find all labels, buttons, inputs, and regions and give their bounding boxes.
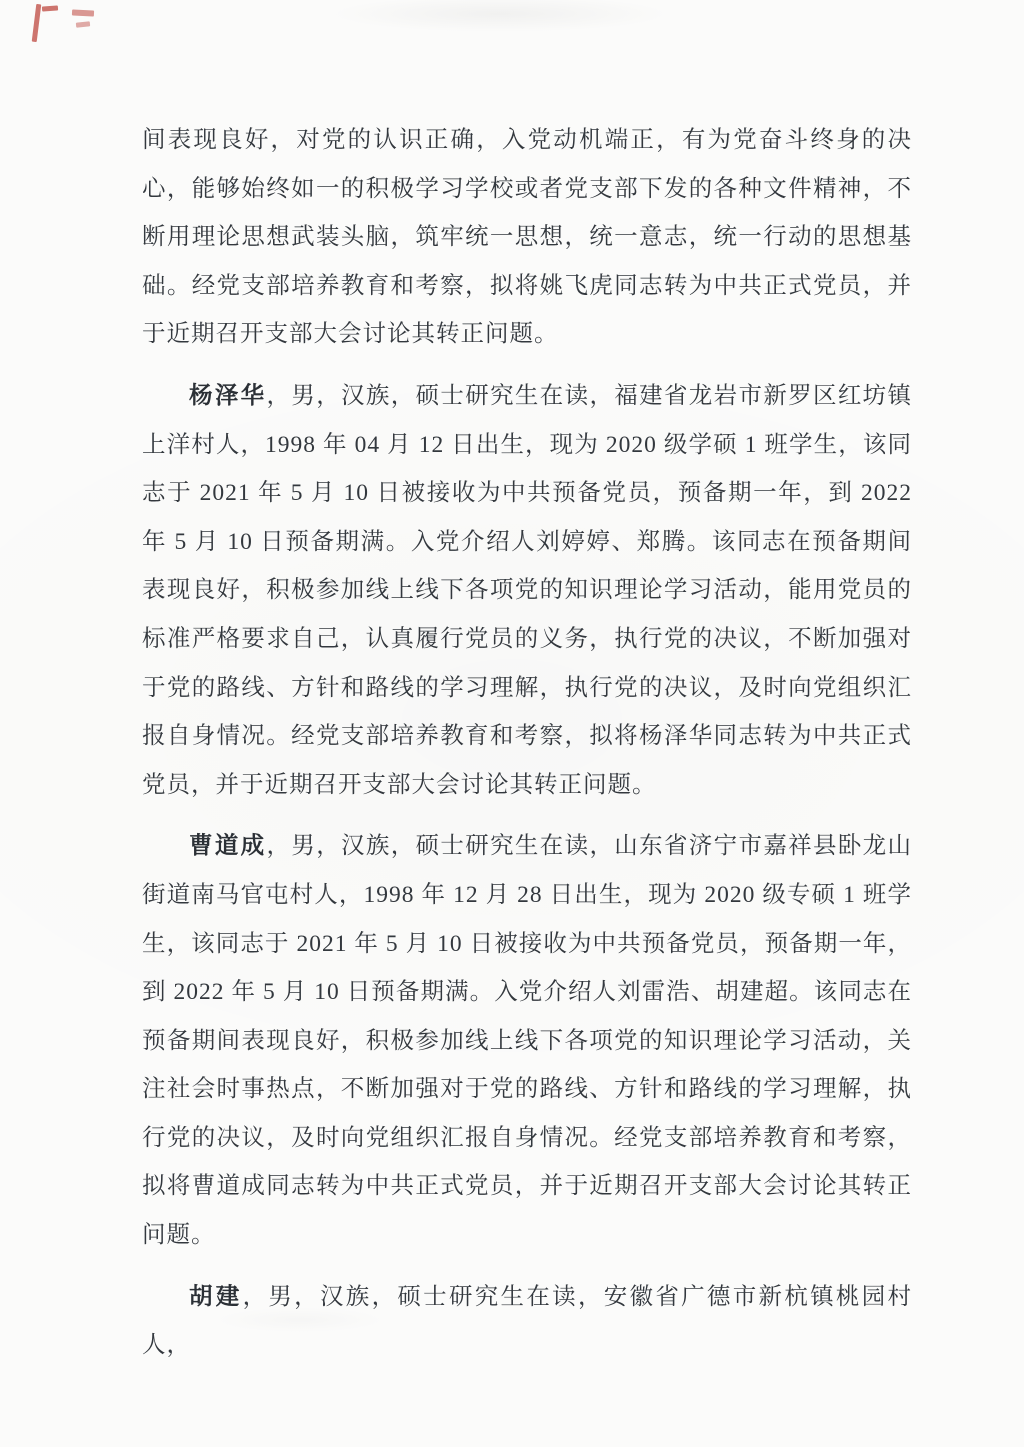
paragraph-hujian: 胡建，男，汉族，硕士研究生在读，安徽省广德市新杭镇桃园村人， <box>142 1273 912 1370</box>
paragraph-caodaocheng: 曹道成，男，汉族，硕士研究生在读，山东省济宁市嘉祥县卧龙山街道南马官屯村人，19… <box>142 822 912 1259</box>
member-name: 杨泽华 <box>189 383 267 409</box>
paragraph-text: ，男，汉族，硕士研究生在读，安徽省广德市新杭镇桃园村人， <box>142 1284 912 1359</box>
scanned-document-page: 间表现良好，对党的认识正确，入党动机端正，有为党奋斗终身的决心，能够始终如一的积… <box>0 0 1024 1447</box>
paragraph-text: 间表现良好，对党的认识正确，入党动机端正，有为党奋斗终身的决心，能够始终如一的积… <box>142 127 912 347</box>
paragraph-text: ，男，汉族，硕士研究生在读，山东省济宁市嘉祥县卧龙山街道南马官屯村人，1998 … <box>142 833 912 1248</box>
paragraph-continued-yaofeihu: 间表现良好，对党的认识正确，入党动机端正，有为党奋斗终身的决心，能够始终如一的积… <box>142 116 912 359</box>
paragraph-yangzehua: 杨泽华，男，汉族，硕士研究生在读，福建省龙岩市新罗区红坊镇上洋村人，1998 年… <box>142 372 912 809</box>
member-name: 曹道成 <box>189 833 267 859</box>
document-body: 间表现良好，对党的认识正确，入党动机端正，有为党奋斗终身的决心，能够始终如一的积… <box>142 116 912 1383</box>
paragraph-text: ，男，汉族，硕士研究生在读，福建省龙岩市新罗区红坊镇上洋村人，1998 年 04… <box>142 383 912 798</box>
red-stamp-artifact <box>30 2 100 48</box>
member-name: 胡建 <box>189 1284 243 1310</box>
